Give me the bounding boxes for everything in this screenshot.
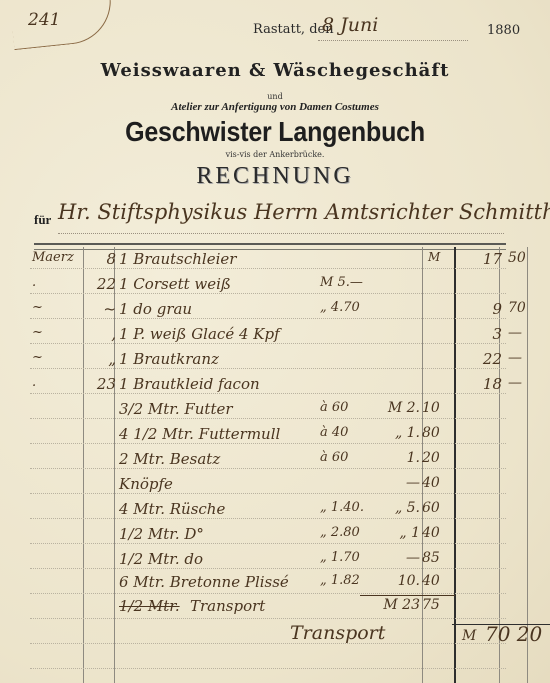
item-description: 1 Brautkleid facon	[119, 375, 349, 393]
item-subtotal: 10.	[360, 573, 420, 589]
item-description: 1 Brautkranz	[119, 350, 349, 368]
total-label: Transport	[290, 622, 385, 644]
item-subtotal: „ 1	[360, 525, 420, 541]
item-amount-cents: 70	[508, 300, 542, 316]
item-amount-cents: —	[508, 375, 542, 391]
item-description: 1/2 Mtr. do	[119, 550, 349, 568]
line-item: 1/2 Mtr. do „ 1.70 — 85	[0, 550, 550, 575]
document-number: 241	[28, 10, 60, 30]
item-day: 22	[86, 275, 116, 293]
item-description: 4 Mtr. Rüsche	[119, 500, 349, 518]
item-day: 23	[86, 375, 116, 393]
line-item: . 23 1 Brautkleid facon 18 —	[0, 375, 550, 400]
date-dotted-line	[318, 40, 468, 41]
line-item: 3/2 Mtr. Futter à 60 M 2. 10	[0, 400, 550, 425]
item-subtotal: „ 5.	[360, 500, 420, 516]
item-month: .	[32, 275, 84, 290]
item-subtotal: M 2.	[360, 400, 420, 416]
connector-text: und	[0, 92, 550, 101]
item-description: 3/2 Mtr. Futter	[119, 400, 349, 418]
item-month: ~	[32, 325, 84, 340]
line-item: . 22 1 Corsett weiß M 5.—	[0, 275, 550, 300]
item-description: 4 1/2 Mtr. Futtermull	[119, 425, 349, 443]
row-rule	[30, 643, 506, 644]
line-item: Maerz 8 1 Brautschleier M 17 50	[0, 250, 550, 275]
item-day: „	[86, 350, 116, 368]
item-subtotal-cents: 40	[422, 475, 454, 491]
recipient-prefix: für	[34, 212, 51, 228]
line-item: 4 Mtr. Rüsche „ 1.40. „ 5. 60	[0, 500, 550, 525]
item-subtotal-cents: 80	[422, 425, 454, 441]
line-item: ~ , 1 P. weiß Glacé 4 Kpf 3 —	[0, 325, 550, 350]
item-day: ,	[86, 325, 116, 343]
item-amount: 9	[476, 300, 502, 318]
item-month: Maerz	[32, 250, 84, 265]
item-description: 1 do grau	[119, 300, 349, 318]
line-item: 2 Mtr. Besatz à 60 1. 20	[0, 450, 550, 475]
transport-subtotal-cents: 75	[422, 597, 454, 613]
struck-quantity: 1/2 Mtr.	[119, 597, 169, 615]
firm-name: Geschwister Langenbuch	[0, 116, 550, 148]
item-day: 8	[86, 250, 116, 268]
item-amount: 18	[476, 375, 502, 393]
atelier-line: Atelier zur Anfertigung von Damen Costum…	[0, 101, 550, 113]
item-subtotal: 1.	[360, 450, 420, 466]
document-title: RECHNUNG	[0, 163, 550, 190]
item-rate: M 5.—	[320, 275, 420, 290]
header-double-rule	[34, 243, 506, 250]
transport-row: 1/2 Mtr. Transport M 23 75	[0, 597, 550, 622]
item-subtotal-cents: 10	[422, 400, 454, 416]
item-description: 1 P. weiß Glacé 4 Kpf	[119, 325, 349, 343]
total-currency-mark: M	[462, 628, 476, 644]
document-number-flourish	[10, 0, 115, 50]
item-subtotal: —	[360, 475, 420, 491]
shop-name: Weisswaaren & Wäschegeschäft	[0, 60, 550, 81]
line-item: ~ „ 1 Brautkranz 22 —	[0, 350, 550, 375]
transport-subtotal: M 23	[360, 597, 420, 613]
recipient-dotted-line	[58, 233, 504, 234]
item-subtotal: —	[360, 550, 420, 566]
item-subtotal-cents: 20	[422, 450, 454, 466]
item-description: 1 Brautschleier	[119, 250, 349, 268]
recipient-name: Hr. Stiftsphysikus Herrn Amtsrichter Sch…	[58, 200, 550, 224]
item-subtotal-cents: 60	[422, 500, 454, 516]
item-day: ~	[86, 300, 116, 318]
item-month: .	[32, 375, 84, 390]
item-description: 1 Corsett weiß	[119, 275, 349, 293]
line-item: Knöpfe — 40	[0, 475, 550, 500]
item-description: 2 Mtr. Besatz	[119, 450, 349, 468]
line-item: 1/2 Mtr. D° „ 2.80 „ 1 40	[0, 525, 550, 550]
item-amount: 17	[476, 250, 502, 268]
item-description: 1/2 Mtr. D°	[119, 525, 349, 543]
item-month: ~	[32, 300, 84, 315]
item-rate: „ 4.70	[320, 300, 420, 315]
item-amount: 22	[476, 350, 502, 368]
date-handwritten: 8 Juni	[322, 14, 378, 36]
line-item: 4 1/2 Mtr. Futtermull à 40 „ 1. 80	[0, 425, 550, 450]
item-amount-cents: 50	[508, 250, 542, 266]
currency-mark: M	[428, 250, 452, 264]
item-subtotal-cents: 85	[422, 550, 454, 566]
firm-address: vis-vis der Ankerbrücke.	[0, 150, 550, 159]
item-description: Knöpfe	[119, 475, 349, 493]
item-subtotal: „ 1.	[360, 425, 420, 441]
item-subtotal-cents: 40	[422, 525, 454, 541]
item-amount-cents: —	[508, 350, 542, 366]
total-value: 70 20	[485, 622, 542, 646]
item-amount-cents: —	[508, 325, 542, 341]
item-subtotal-cents: 40	[422, 573, 454, 589]
line-item: ~ ~ 1 do grau „ 4.70 9 70	[0, 300, 550, 325]
line-item: 6 Mtr. Bretonne Plissé „ 1.82 10. 40	[0, 573, 550, 598]
row-rule	[30, 668, 506, 669]
subtotal-underline	[360, 595, 455, 596]
item-month: ~	[32, 350, 84, 365]
item-description: 6 Mtr. Bretonne Plissé	[119, 573, 349, 591]
year: 1880	[487, 23, 520, 38]
item-amount: 3	[476, 325, 502, 343]
